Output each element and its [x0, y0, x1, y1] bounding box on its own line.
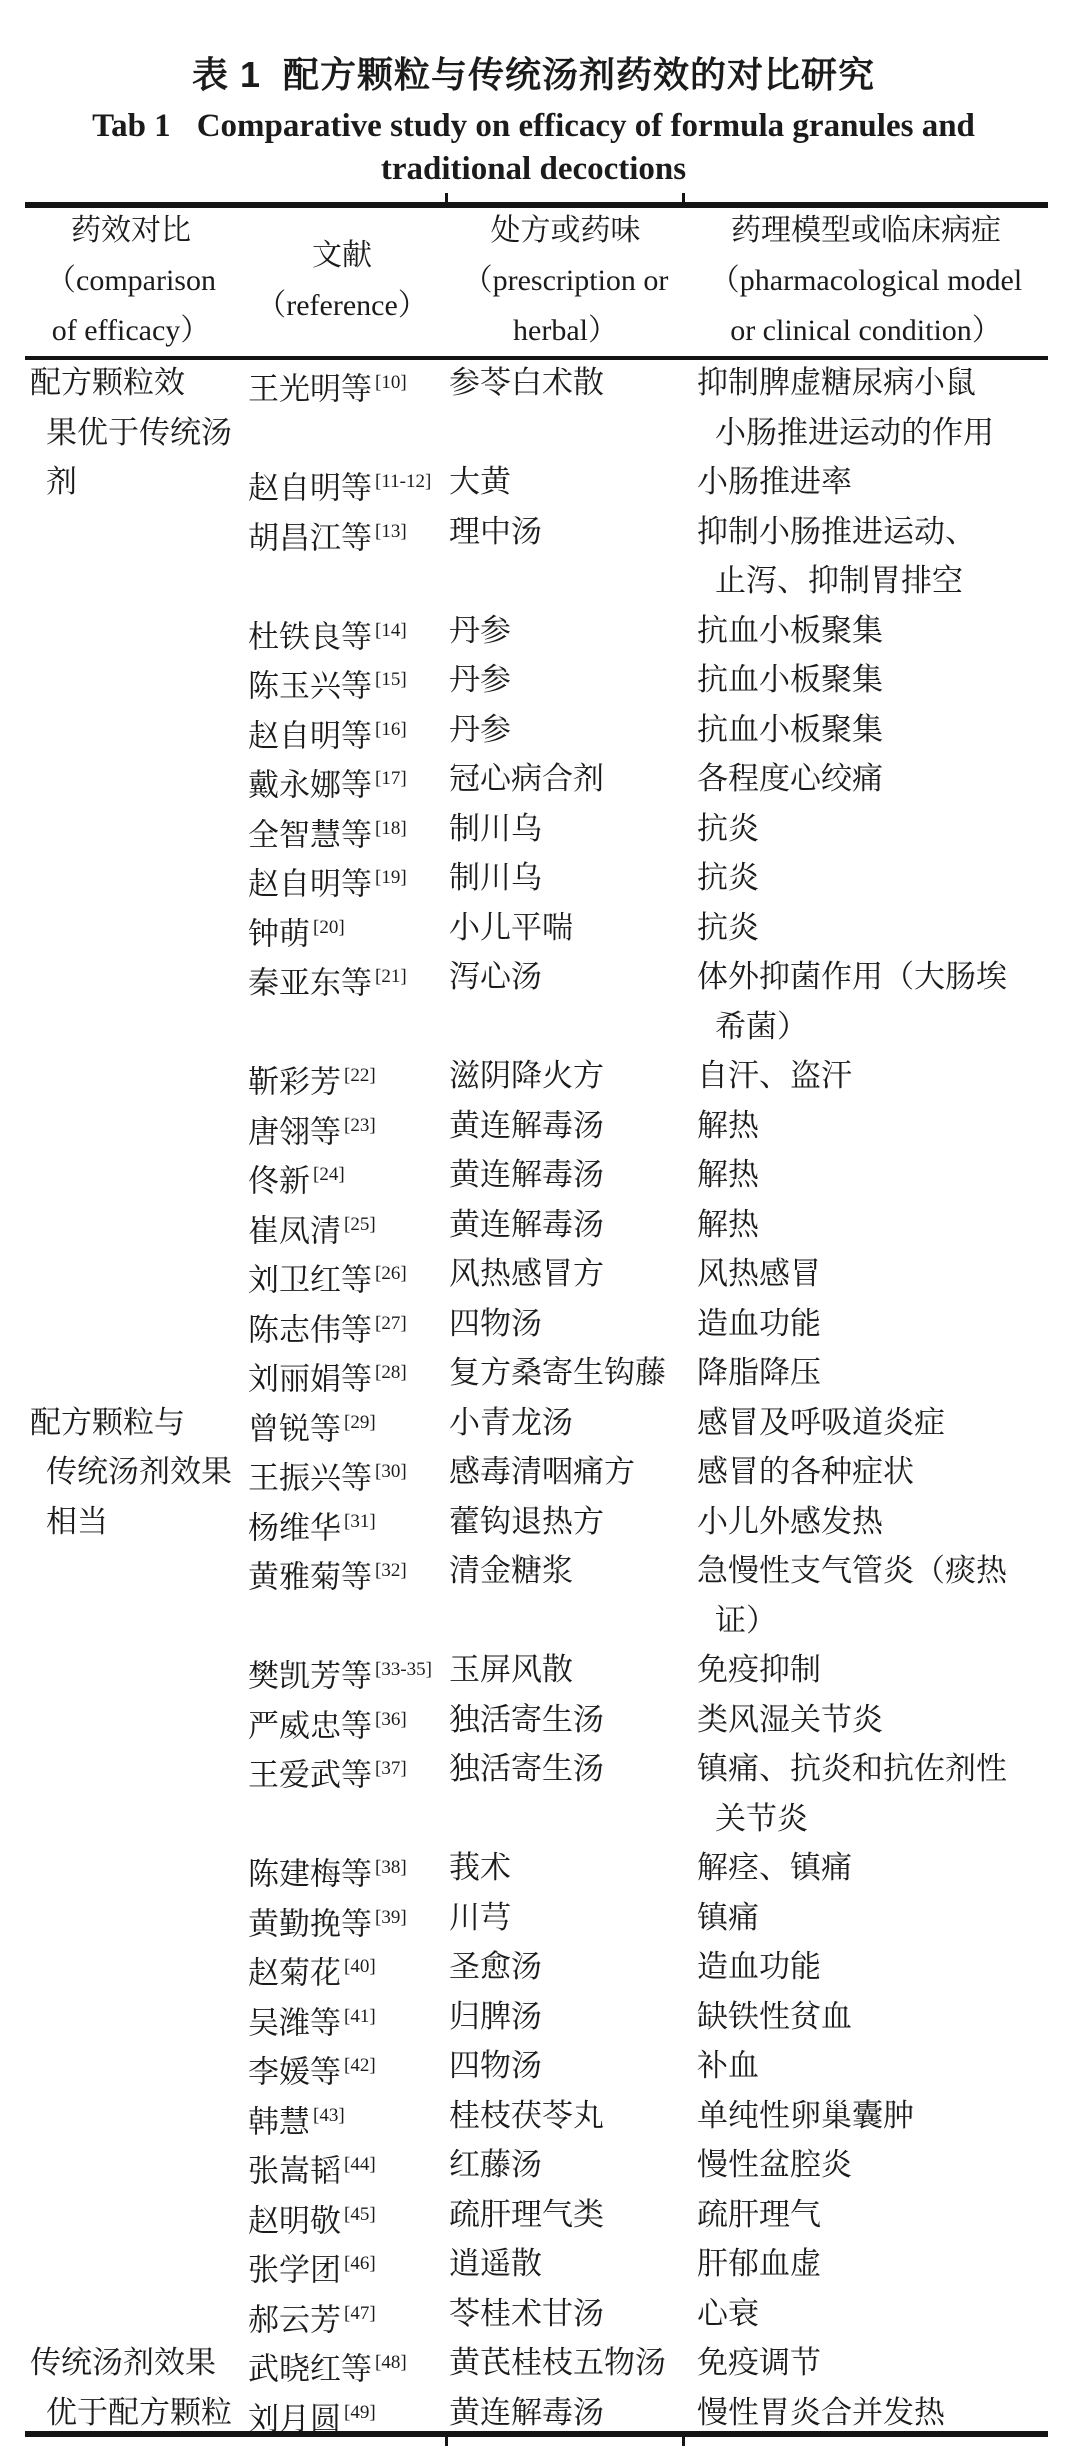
header-text: of efficacy） — [25, 306, 237, 356]
reference: 赵自明等[19] — [248, 853, 407, 909]
reference: 陈志伟等[27] — [248, 1299, 407, 1355]
prescription: 藿钩退热方 — [449, 1497, 604, 1547]
header-text: 处方或药味 — [447, 206, 684, 256]
reference-text: 刘卫红等 — [248, 1262, 372, 1297]
reference: 刘丽娟等[28] — [248, 1348, 407, 1404]
reference-text: 张学团 — [248, 2252, 341, 2287]
prescription: 泻心汤 — [449, 952, 542, 1002]
prescription: 黄连解毒汤 — [449, 1150, 604, 1200]
reference: 黄勤挽等[39] — [248, 1893, 407, 1949]
reference-text: 赵自明等 — [248, 718, 372, 753]
prescription: 莪术 — [449, 1843, 511, 1893]
table-row-line: 证） — [0, 1596, 1067, 1646]
table-row-line: 全智慧等[18]制川乌抗炎 — [0, 804, 1067, 854]
citation-superscript: [15] — [375, 669, 407, 690]
reference: 刘卫红等[26] — [248, 1249, 407, 1305]
prescription: 川芎 — [449, 1893, 511, 1943]
model-or-condition: 小儿外感发热 — [697, 1497, 883, 1547]
group-label: 相当 — [46, 1497, 108, 1547]
reference-text: 黄勤挽等 — [248, 1906, 372, 1941]
model-or-condition: 镇痛、抗炎和抗佐剂性 — [697, 1744, 1007, 1794]
header-col-2: 处方或药味（prescription orherbal） — [447, 206, 684, 356]
table-title-zh: 表 1配方颗粒与传统汤剂药效的对比研究 — [0, 47, 1067, 98]
model-or-condition: 镇痛 — [697, 1893, 759, 1943]
table-row-line: 关节炎 — [0, 1794, 1067, 1844]
citation-superscript: [33-35] — [375, 1659, 432, 1680]
reference-text: 樊凯芳等 — [248, 1658, 372, 1693]
reference-text: 王爱武等 — [248, 1757, 372, 1792]
reference: 曾锐等[29] — [248, 1398, 376, 1454]
reference: 佟新[24] — [248, 1150, 345, 1206]
paper-table-page: 表 1配方颗粒与传统汤剂药效的对比研究 Tab 1Comparative stu… — [0, 0, 1067, 2455]
table-row-line: 吴潍等[41]归脾汤缺铁性贫血 — [0, 1992, 1067, 2042]
model-or-condition: 类风湿关节炎 — [697, 1695, 883, 1745]
table-row-line: 传统汤剂效果武晓红等[48]黄芪桂枝五物汤免疫调节 — [0, 2338, 1067, 2388]
prescription: 制川乌 — [449, 804, 542, 854]
table-row-line: 李媛等[42]四物汤补血 — [0, 2041, 1067, 2091]
model-or-condition: 感冒的各种症状 — [697, 1447, 914, 1497]
table-row-line: 樊凯芳等[33-35]玉屏风散免疫抑制 — [0, 1645, 1067, 1695]
header-col-0: 药效对比（comparisonof efficacy） — [25, 206, 237, 356]
table-header: 药效对比（comparisonof efficacy）文献（reference）… — [0, 206, 1067, 356]
reference: 黄雅菊等[32] — [248, 1546, 407, 1602]
group-label: 配方颗粒与 — [30, 1398, 185, 1448]
reference-text: 张嵩韬 — [248, 2153, 341, 2188]
citation-superscript: [48] — [375, 2352, 407, 2373]
prescription: 独活寄生汤 — [449, 1695, 604, 1745]
table-row-line: 传统汤剂效果王振兴等[30]感毒清咽痛方感冒的各种症状 — [0, 1447, 1067, 1497]
table-row-line: 张嵩韬[44]红藤汤慢性盆腔炎 — [0, 2140, 1067, 2190]
table-title-en-text2: traditional decoctions — [381, 151, 686, 187]
table-row-line: 赵菊花[40]圣愈汤造血功能 — [0, 1942, 1067, 1992]
header-text: （pharmacological model — [684, 256, 1048, 306]
prescription: 四物汤 — [449, 2041, 542, 2091]
table-row-line: 赵明敬[45]疏肝理气类疏肝理气 — [0, 2190, 1067, 2240]
citation-superscript: [46] — [344, 2253, 376, 2274]
reference: 严威忠等[36] — [248, 1695, 407, 1751]
prescription: 理中汤 — [449, 507, 542, 557]
header-text: herbal） — [447, 306, 684, 356]
reference: 戴永娜等[17] — [248, 754, 407, 810]
reference-text: 陈建梅等 — [248, 1856, 372, 1891]
reference: 张学团[46] — [248, 2239, 376, 2295]
citation-superscript: [30] — [375, 1461, 407, 1482]
reference-text: 赵明敬 — [248, 2203, 341, 2238]
citation-superscript: [26] — [375, 1263, 407, 1284]
citation-superscript: [10] — [375, 372, 407, 393]
prescription: 小儿平喘 — [449, 903, 573, 953]
header-text: （comparison — [25, 256, 237, 306]
table-row-line: 钟萌[20]小儿平喘抗炎 — [0, 903, 1067, 953]
prescription: 参苓白术散 — [449, 358, 604, 408]
prescription: 小青龙汤 — [449, 1398, 573, 1448]
header-col-1: 文献（reference） — [237, 206, 447, 356]
reference-text: 王光明等 — [248, 371, 372, 406]
reference-text: 李媛等 — [248, 2054, 341, 2089]
reference: 赵菊花[40] — [248, 1942, 376, 1998]
group-label: 剂 — [46, 457, 77, 507]
table-row-line: 优于配方颗粒刘月圆[49]黄连解毒汤慢性胃炎合并发热 — [0, 2388, 1067, 2438]
prescription: 复方桑寄生钩藤 — [449, 1348, 666, 1398]
prescription: 玉屏风散 — [449, 1645, 573, 1695]
table-row-line: 刘丽娟等[28]复方桑寄生钩藤降脂降压 — [0, 1348, 1067, 1398]
table-number-en: Tab 1 — [92, 108, 171, 144]
reference: 张嵩韬[44] — [248, 2140, 376, 2196]
prescription: 大黄 — [449, 457, 511, 507]
model-or-condition: 单纯性卵巢囊肿 — [697, 2091, 914, 2141]
citation-superscript: [49] — [344, 2402, 376, 2423]
reference: 李媛等[42] — [248, 2041, 376, 2097]
reference: 郝云芳[47] — [248, 2289, 376, 2345]
model-or-condition: 降脂降压 — [697, 1348, 821, 1398]
model-or-condition: 自汗、盗汗 — [697, 1051, 852, 1101]
prescription: 清金糖浆 — [449, 1546, 573, 1596]
citation-superscript: [11-12] — [375, 471, 431, 492]
reference-text: 杜铁良等 — [248, 619, 372, 654]
reference: 王爱武等[37] — [248, 1744, 407, 1800]
reference-text: 郝云芳 — [248, 2302, 341, 2337]
citation-superscript: [27] — [375, 1313, 407, 1334]
prescription: 苓桂术甘汤 — [449, 2289, 604, 2339]
reference-text: 唐翎等 — [248, 1114, 341, 1149]
model-or-condition: 慢性胃炎合并发热 — [697, 2388, 945, 2438]
prescription: 风热感冒方 — [449, 1249, 604, 1299]
model-or-condition: 感冒及呼吸道炎症 — [697, 1398, 945, 1448]
citation-superscript: [47] — [344, 2303, 376, 2324]
reference: 樊凯芳等[33-35] — [248, 1645, 432, 1701]
table-row-line: 赵自明等[16]丹参抗血小板聚集 — [0, 705, 1067, 755]
table-row-line: 配方颗粒与曾锐等[29]小青龙汤感冒及呼吸道炎症 — [0, 1398, 1067, 1448]
model-or-condition: 解热 — [697, 1101, 759, 1151]
model-or-condition: 补血 — [697, 2041, 759, 2091]
model-or-condition: 证） — [715, 1596, 777, 1646]
column-divider-tick — [682, 193, 685, 202]
prescription: 丹参 — [449, 705, 511, 755]
table-title-en-line2: traditional decoctions — [0, 151, 1067, 188]
table-row-line: 陈玉兴等[15]丹参抗血小板聚集 — [0, 655, 1067, 705]
citation-superscript: [42] — [344, 2055, 376, 2076]
column-divider-tick — [445, 193, 448, 202]
model-or-condition: 免疫调节 — [697, 2338, 821, 2388]
table-row-line: 张学团[46]逍遥散肝郁血虚 — [0, 2239, 1067, 2289]
citation-superscript: [21] — [375, 966, 407, 987]
table-row-line: 止泻、抑制胃排空 — [0, 556, 1067, 606]
reference-text: 胡昌江等 — [248, 520, 372, 555]
citation-superscript: [31] — [344, 1511, 376, 1532]
citation-superscript: [39] — [375, 1907, 407, 1928]
reference-text: 王振兴等 — [248, 1460, 372, 1495]
model-or-condition: 止泻、抑制胃排空 — [715, 556, 963, 606]
citation-superscript: [43] — [313, 2105, 345, 2126]
table-row-line: 陈志伟等[27]四物汤造血功能 — [0, 1299, 1067, 1349]
model-or-condition: 抗血小板聚集 — [697, 705, 883, 755]
header-text: （prescription or — [447, 256, 684, 306]
reference-text: 赵自明等 — [248, 866, 372, 901]
table-bottom-rule — [25, 2431, 1048, 2437]
citation-superscript: [37] — [375, 1758, 407, 1779]
table-row-line: 黄勤挽等[39]川芎镇痛 — [0, 1893, 1067, 1943]
reference-text: 崔凤清 — [248, 1213, 341, 1248]
prescription: 黄连解毒汤 — [449, 1200, 604, 1250]
reference-text: 赵自明等 — [248, 470, 372, 505]
model-or-condition: 造血功能 — [697, 1299, 821, 1349]
prescription: 圣愈汤 — [449, 1942, 542, 1992]
header-col-3: 药理模型或临床病症（pharmacological modelor clinic… — [684, 206, 1048, 356]
group-label: 果优于传统汤 — [46, 408, 232, 458]
prescription: 四物汤 — [449, 1299, 542, 1349]
reference-text: 韩慧 — [248, 2104, 310, 2139]
table-title-zh-text: 配方颗粒与传统汤剂药效的对比研究 — [283, 54, 875, 95]
table-row-line: 韩慧[43]桂枝茯苓丸单纯性卵巢囊肿 — [0, 2091, 1067, 2141]
reference: 武晓红等[48] — [248, 2338, 407, 2394]
model-or-condition: 解热 — [697, 1200, 759, 1250]
prescription: 疏肝理气类 — [449, 2190, 604, 2240]
table-title-en-text1: Comparative study on efficacy of formula… — [197, 108, 975, 144]
model-or-condition: 关节炎 — [715, 1794, 808, 1844]
citation-superscript: [29] — [344, 1412, 376, 1433]
reference-text: 全智慧等 — [248, 817, 372, 852]
reference-text: 杨维华 — [248, 1510, 341, 1545]
citation-superscript: [40] — [344, 1956, 376, 1977]
prescription: 制川乌 — [449, 853, 542, 903]
reference-text: 靳彩芳 — [248, 1064, 341, 1099]
prescription: 归脾汤 — [449, 1992, 542, 2042]
table-row-line: 靳彩芳[22]滋阴降火方自汗、盗汗 — [0, 1051, 1067, 1101]
reference-text: 钟萌 — [248, 916, 310, 951]
reference: 靳彩芳[22] — [248, 1051, 376, 1107]
model-or-condition: 急慢性支气管炎（痰热 — [697, 1546, 1007, 1596]
model-or-condition: 解痉、镇痛 — [697, 1843, 852, 1893]
model-or-condition: 体外抑菌作用（大肠埃 — [697, 952, 1007, 1002]
reference: 王光明等[10] — [248, 358, 407, 414]
model-or-condition: 造血功能 — [697, 1942, 821, 1992]
table-row-line: 黄雅菊等[32]清金糖浆急慢性支气管炎（痰热 — [0, 1546, 1067, 1596]
table-row-line: 王爱武等[37]独活寄生汤镇痛、抗炎和抗佐剂性 — [0, 1744, 1067, 1794]
citation-superscript: [19] — [375, 867, 407, 888]
reference-text: 戴永娜等 — [248, 767, 372, 802]
model-or-condition: 抑制小肠推进运动、 — [697, 507, 976, 557]
citation-superscript: [24] — [313, 1164, 345, 1185]
reference: 韩慧[43] — [248, 2091, 345, 2147]
reference-text: 吴潍等 — [248, 2005, 341, 2040]
model-or-condition: 小肠推进率 — [697, 457, 852, 507]
table-title-en-line1: Tab 1Comparative study on efficacy of fo… — [0, 108, 1067, 145]
model-or-condition: 肝郁血虚 — [697, 2239, 821, 2289]
model-or-condition: 慢性盆腔炎 — [697, 2140, 852, 2190]
model-or-condition: 解热 — [697, 1150, 759, 1200]
header-text: 药效对比 — [25, 206, 237, 256]
citation-superscript: [41] — [344, 2006, 376, 2027]
model-or-condition: 风热感冒 — [697, 1249, 821, 1299]
citation-superscript: [45] — [344, 2204, 376, 2225]
reference: 赵自明等[16] — [248, 705, 407, 761]
header-text: （reference） — [237, 281, 447, 331]
reference: 杨维华[31] — [248, 1497, 376, 1553]
group-label: 传统汤剂效果 — [30, 2338, 216, 2388]
table-row-line: 唐翎等[23]黄连解毒汤解热 — [0, 1101, 1067, 1151]
prescription: 逍遥散 — [449, 2239, 542, 2289]
reference-text: 佟新 — [248, 1163, 310, 1198]
prescription: 冠心病合剂 — [449, 754, 604, 804]
table-number-zh: 表 1 — [192, 54, 261, 95]
group-label: 优于配方颗粒 — [46, 2388, 232, 2438]
citation-superscript: [20] — [313, 917, 345, 938]
reference-text: 赵菊花 — [248, 1955, 341, 1990]
group-label: 配方颗粒效 — [30, 358, 185, 408]
table-row-line: 剂赵自明等[11-12]大黄小肠推进率 — [0, 457, 1067, 507]
citation-superscript: [44] — [344, 2154, 376, 2175]
prescription: 独活寄生汤 — [449, 1744, 604, 1794]
reference: 赵自明等[11-12] — [248, 457, 431, 513]
prescription: 黄芪桂枝五物汤 — [449, 2338, 666, 2388]
citation-superscript: [13] — [375, 521, 407, 542]
header-text: 药理模型或临床病症 — [684, 206, 1048, 256]
prescription: 丹参 — [449, 655, 511, 705]
citation-superscript: [38] — [375, 1857, 407, 1878]
reference-text: 武晓红等 — [248, 2351, 372, 2386]
table-row-line: 崔凤清[25]黄连解毒汤解热 — [0, 1200, 1067, 1250]
citation-superscript: [25] — [344, 1214, 376, 1235]
model-or-condition: 抗血小板聚集 — [697, 606, 883, 656]
reference: 全智慧等[18] — [248, 804, 407, 860]
model-or-condition: 抗血小板聚集 — [697, 655, 883, 705]
citation-superscript: [18] — [375, 818, 407, 839]
model-or-condition: 抗炎 — [697, 853, 759, 903]
reference: 王振兴等[30] — [248, 1447, 407, 1503]
reference: 钟萌[20] — [248, 903, 345, 959]
reference: 杜铁良等[14] — [248, 606, 407, 662]
table-row-line: 佟新[24]黄连解毒汤解热 — [0, 1150, 1067, 1200]
table-body: 配方颗粒效王光明等[10]参苓白术散抑制脾虚糖尿病小鼠果优于传统汤小肠推进运动的… — [0, 358, 1067, 2437]
table-row-line: 希菌） — [0, 1002, 1067, 1052]
table-row-line: 刘卫红等[26]风热感冒方风热感冒 — [0, 1249, 1067, 1299]
reference-text: 刘丽娟等 — [248, 1361, 372, 1396]
reference: 陈玉兴等[15] — [248, 655, 407, 711]
table-row-line: 戴永娜等[17]冠心病合剂各程度心绞痛 — [0, 754, 1067, 804]
model-or-condition: 各程度心绞痛 — [697, 754, 883, 804]
table-row-line: 陈建梅等[38]莪术解痉、镇痛 — [0, 1843, 1067, 1893]
model-or-condition: 抑制脾虚糖尿病小鼠 — [697, 358, 976, 408]
table-row-line: 果优于传统汤小肠推进运动的作用 — [0, 408, 1067, 458]
prescription: 滋阴降火方 — [449, 1051, 604, 1101]
reference-text: 曾锐等 — [248, 1411, 341, 1446]
reference-text: 黄雅菊等 — [248, 1559, 372, 1594]
reference-text: 秦亚东等 — [248, 965, 372, 1000]
model-or-condition: 免疫抑制 — [697, 1645, 821, 1695]
citation-superscript: [23] — [344, 1115, 376, 1136]
header-text: 文献 — [237, 231, 447, 281]
header-text: or clinical condition） — [684, 306, 1048, 356]
model-or-condition: 心衰 — [697, 2289, 759, 2339]
model-or-condition: 希菌） — [715, 1002, 808, 1052]
table-row-line: 严威忠等[36]独活寄生汤类风湿关节炎 — [0, 1695, 1067, 1745]
table-row-line: 赵自明等[19]制川乌抗炎 — [0, 853, 1067, 903]
column-divider-tick — [682, 2437, 685, 2446]
prescription: 黄连解毒汤 — [449, 1101, 604, 1151]
prescription: 黄连解毒汤 — [449, 2388, 604, 2438]
reference: 陈建梅等[38] — [248, 1843, 407, 1899]
citation-superscript: [22] — [344, 1065, 376, 1086]
reference: 秦亚东等[21] — [248, 952, 407, 1008]
citation-superscript: [28] — [375, 1362, 407, 1383]
group-label: 传统汤剂效果 — [46, 1447, 232, 1497]
model-or-condition: 抗炎 — [697, 903, 759, 953]
table-row-line: 杜铁良等[14]丹参抗血小板聚集 — [0, 606, 1067, 656]
table-row-line: 秦亚东等[21]泻心汤体外抑菌作用（大肠埃 — [0, 952, 1067, 1002]
citation-superscript: [36] — [375, 1709, 407, 1730]
reference-text: 严威忠等 — [248, 1708, 372, 1743]
citation-superscript: [17] — [375, 768, 407, 789]
citation-superscript: [32] — [375, 1560, 407, 1581]
model-or-condition: 抗炎 — [697, 804, 759, 854]
reference: 赵明敬[45] — [248, 2190, 376, 2246]
model-or-condition: 疏肝理气 — [697, 2190, 821, 2240]
table-row-line: 配方颗粒效王光明等[10]参苓白术散抑制脾虚糖尿病小鼠 — [0, 358, 1067, 408]
citation-superscript: [16] — [375, 719, 407, 740]
reference: 吴潍等[41] — [248, 1992, 376, 2048]
reference: 唐翎等[23] — [248, 1101, 376, 1157]
reference: 崔凤清[25] — [248, 1200, 376, 1256]
prescription: 红藤汤 — [449, 2140, 542, 2190]
model-or-condition: 小肠推进运动的作用 — [715, 408, 994, 458]
reference: 胡昌江等[13] — [248, 507, 407, 563]
table-row-line: 郝云芳[47]苓桂术甘汤心衰 — [0, 2289, 1067, 2339]
prescription: 丹参 — [449, 606, 511, 656]
prescription: 桂枝茯苓丸 — [449, 2091, 604, 2141]
table-row-line: 胡昌江等[13]理中汤抑制小肠推进运动、 — [0, 507, 1067, 557]
prescription: 感毒清咽痛方 — [449, 1447, 635, 1497]
column-divider-tick — [445, 2437, 448, 2446]
reference-text: 陈玉兴等 — [248, 668, 372, 703]
table-row-line: 相当杨维华[31]藿钩退热方小儿外感发热 — [0, 1497, 1067, 1547]
citation-superscript: [14] — [375, 620, 407, 641]
model-or-condition: 缺铁性贫血 — [697, 1992, 852, 2042]
reference-text: 陈志伟等 — [248, 1312, 372, 1347]
